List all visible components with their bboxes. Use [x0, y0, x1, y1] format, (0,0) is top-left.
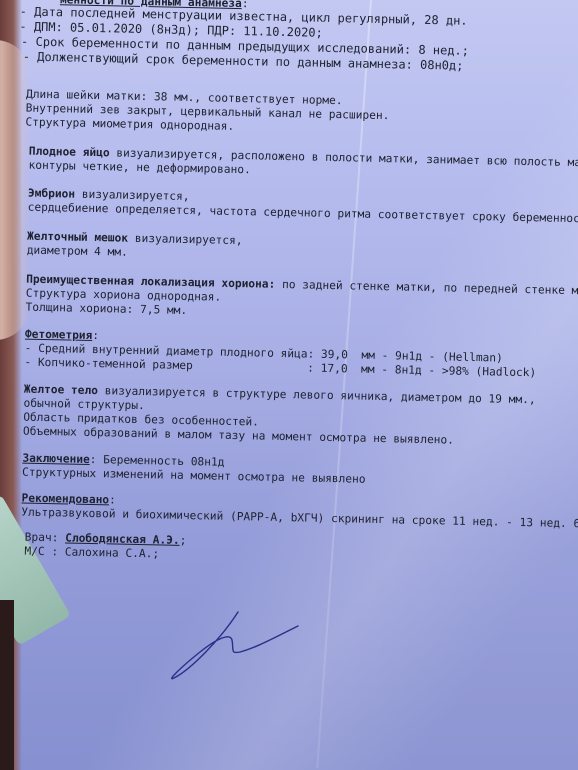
fetometry-heading: Фетометрия:	[25, 328, 99, 343]
section-title: Эмбрион	[28, 187, 75, 201]
section-title: Желточный мешок	[27, 230, 128, 245]
recommendation-heading: Рекомендовано:	[21, 492, 116, 508]
section-title: Желтое тело	[24, 383, 98, 398]
handwritten-signature	[160, 610, 310, 690]
doctor-name: Слободянская А.Э.	[65, 531, 180, 546]
nurse-line: М/С : Салохина С.А.;	[24, 545, 159, 561]
dark-background-strip	[0, 600, 14, 770]
yolk-sac-line: диаметром 4 мм.	[27, 244, 128, 260]
section-title: Плодное яйцо	[29, 145, 110, 160]
